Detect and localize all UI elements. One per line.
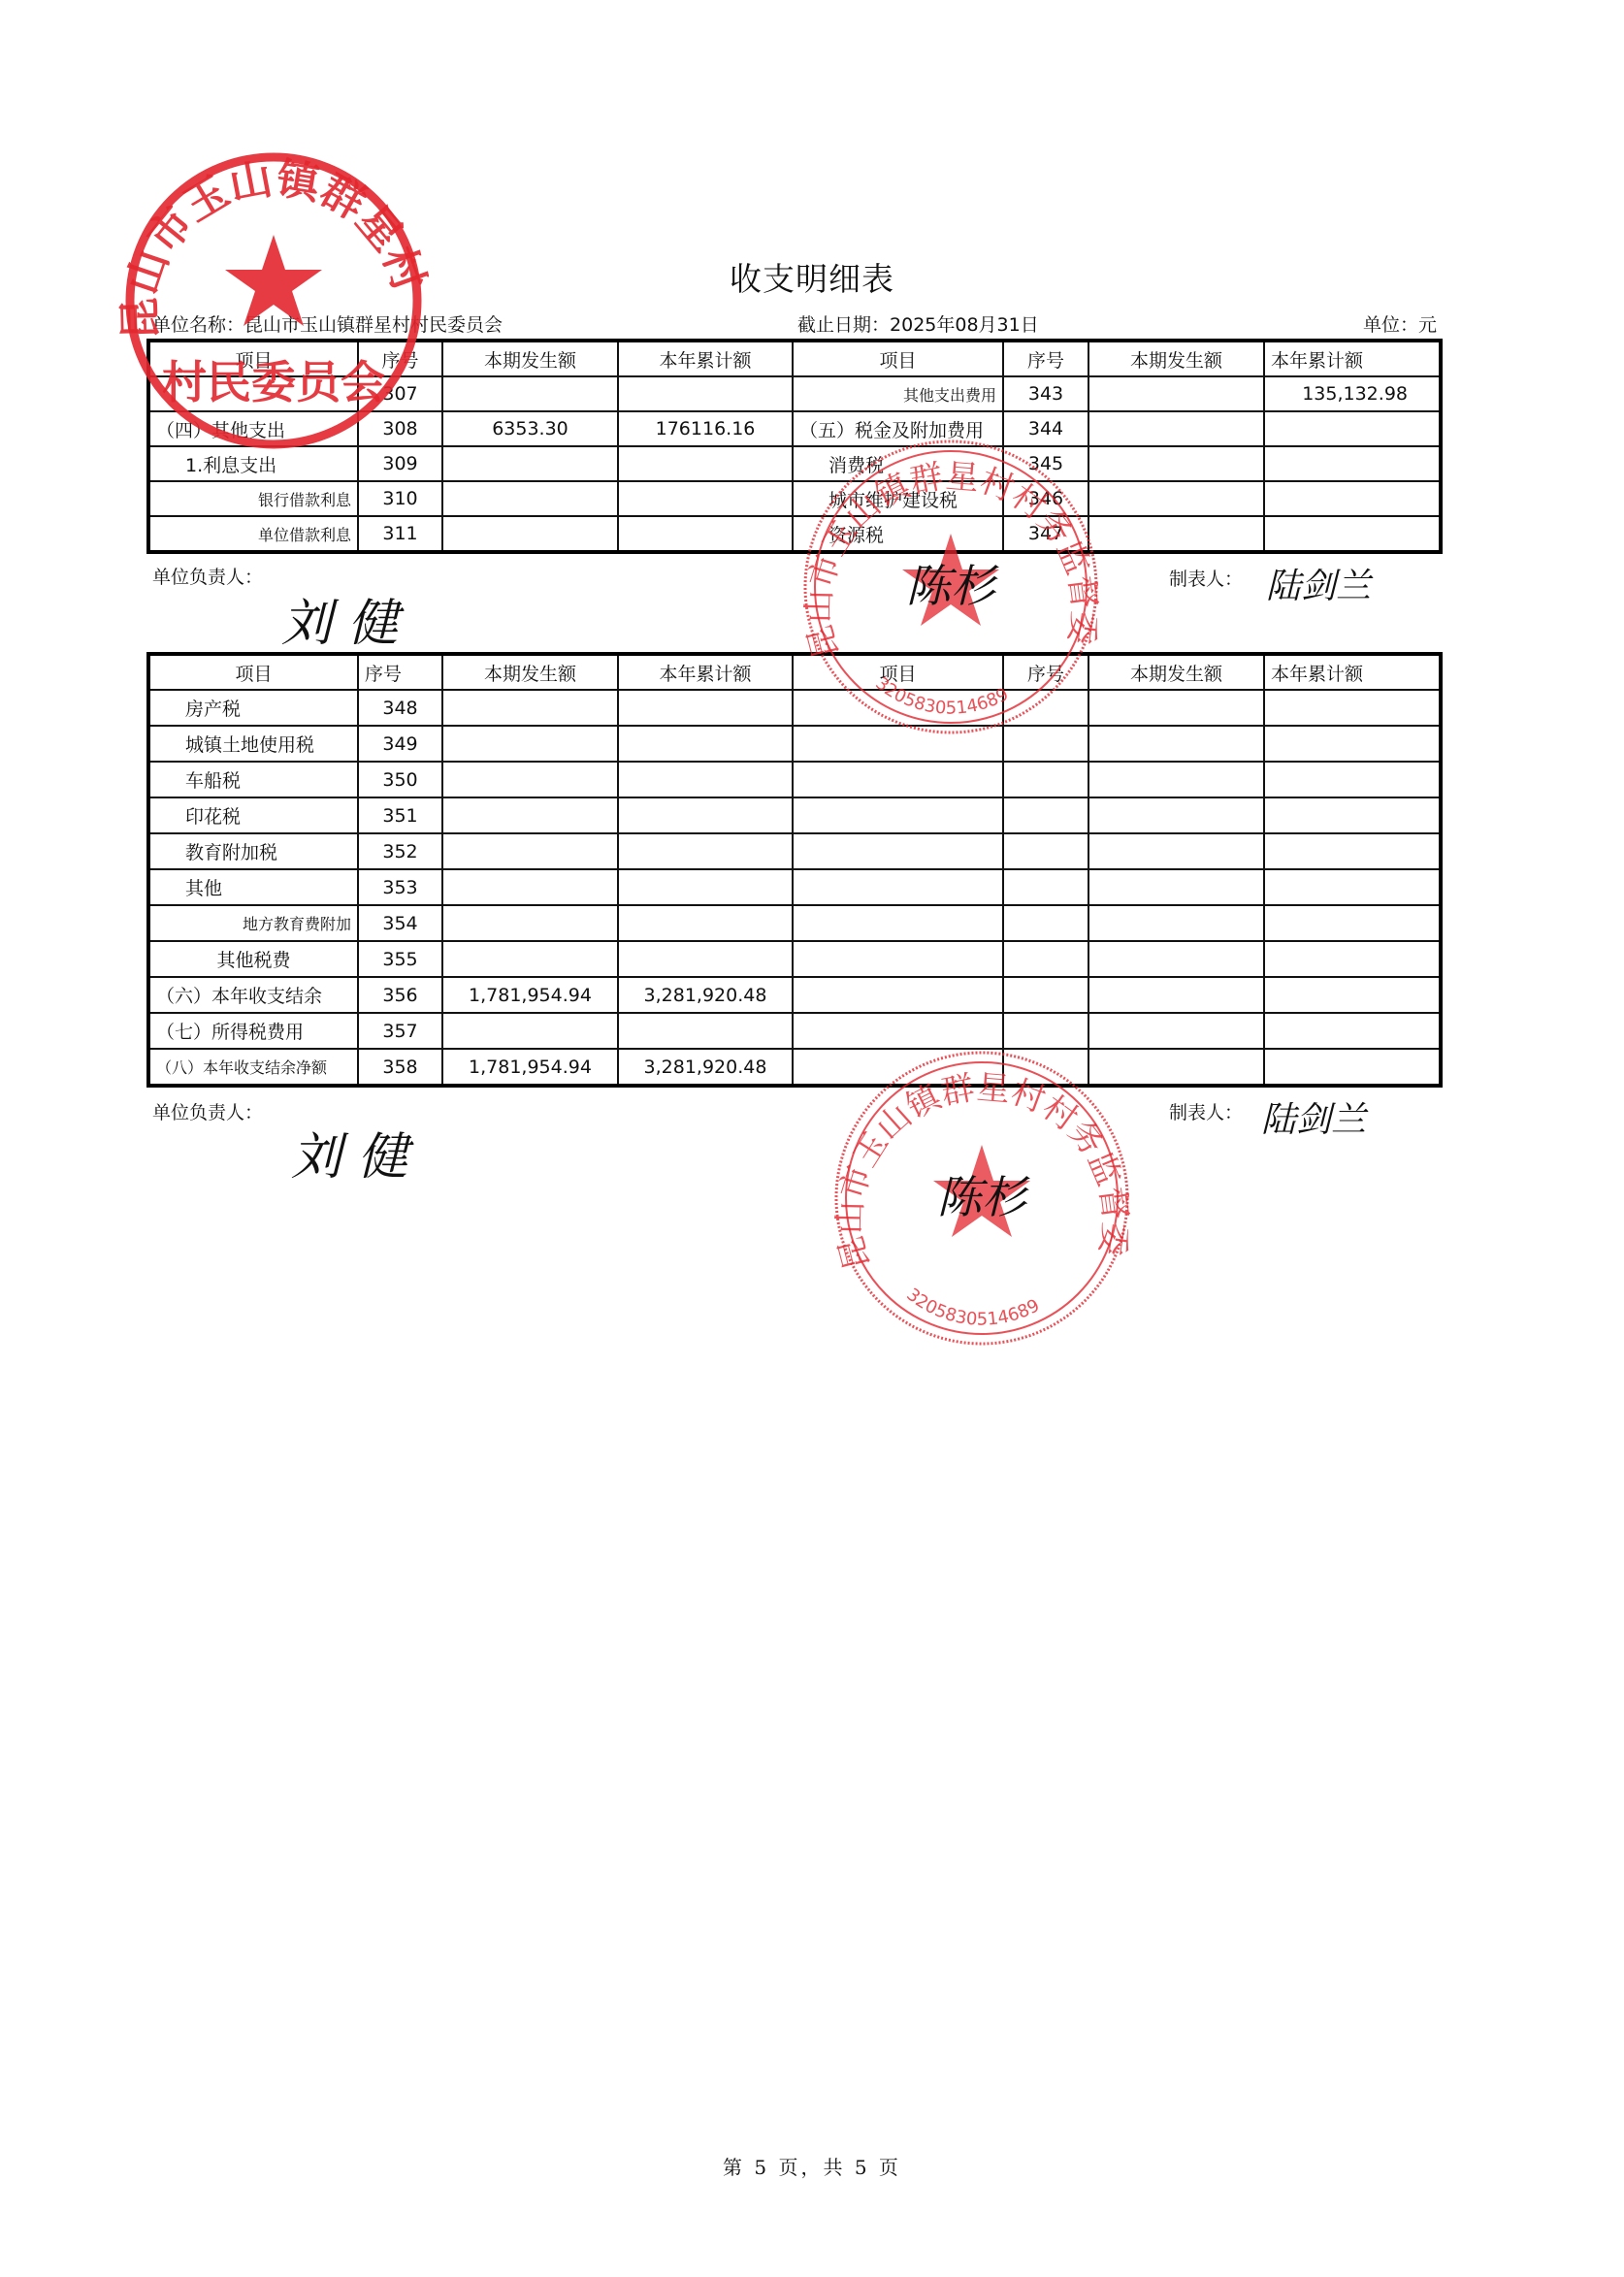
seq-cell: 311 — [358, 516, 442, 552]
ytd-amount-cell: 176116.16 — [618, 411, 793, 446]
item-cell: （七）所得税费用 — [148, 1013, 358, 1049]
current-amount-cell: 6353.30 — [442, 411, 618, 446]
seq-cell: 307 — [358, 376, 442, 411]
current-amount-cell — [1088, 446, 1264, 481]
current-amount-cell — [442, 446, 618, 481]
empty-cell — [1003, 869, 1088, 905]
empty-cell — [1264, 690, 1441, 726]
seq-cell: 310 — [358, 481, 442, 516]
seq-cell: 344 — [1003, 411, 1088, 446]
ytd-amount-cell — [618, 446, 793, 481]
seq-cell: 358 — [358, 1049, 442, 1086]
ytd-amount-cell — [618, 941, 793, 977]
seq-cell: 308 — [358, 411, 442, 446]
table-row: 印花税351 — [148, 797, 1441, 833]
table-header-row: 项目 序号 本期发生额 本年累计额 项目 序号 本期发生额 本年累计额 — [148, 654, 1441, 690]
seq-cell: 309 — [358, 446, 442, 481]
ytd-amount-cell — [618, 762, 793, 797]
item-cell: 其他税费 — [148, 941, 358, 977]
table-header-row: 项目 序号 本期发生额 本年累计额 项目 序号 本期发生额 本年累计额 — [148, 341, 1441, 376]
empty-cell — [793, 977, 1003, 1013]
preparer-signature: 陆剑兰 — [1266, 559, 1371, 608]
table-row: （八）本年收支结余净额3581,781,954.943,281,920.48 — [148, 1049, 1441, 1086]
header-seq: 序号 — [1003, 341, 1088, 376]
current-amount-cell — [442, 762, 618, 797]
empty-cell — [1003, 833, 1088, 869]
table-row: 307其他支出费用343135,132.98 — [148, 376, 1441, 411]
header-item: 项目 — [148, 654, 358, 690]
header-ytd: 本年累计额 — [618, 654, 793, 690]
unit-head-signature: 刘 健 — [281, 582, 399, 655]
current-amount-cell — [442, 941, 618, 977]
current-amount-cell — [1088, 411, 1264, 446]
item-cell: 城市维护建设税 — [793, 481, 1003, 516]
empty-cell — [793, 690, 1003, 726]
ytd-amount-cell — [618, 726, 793, 762]
table-row: 城镇土地使用税349 — [148, 726, 1441, 762]
empty-cell — [793, 1013, 1003, 1049]
header-current: 本期发生额 — [442, 654, 618, 690]
item-cell — [148, 376, 358, 411]
currency-line: 单位：元 — [1363, 310, 1437, 337]
detail-table-2: 项目 序号 本期发生额 本年累计额 项目 序号 本期发生额 本年累计额 房产税3… — [146, 652, 1443, 1088]
header-seq: 序号 — [358, 654, 442, 690]
empty-cell — [1003, 941, 1088, 977]
current-amount-cell — [442, 376, 618, 411]
header-seq: 序号 — [358, 341, 442, 376]
header-item: 项目 — [793, 654, 1003, 690]
item-cell: 1.利息支出 — [148, 446, 358, 481]
item-cell: 银行借款利息 — [148, 481, 358, 516]
ytd-amount-cell — [1264, 411, 1441, 446]
empty-cell — [793, 762, 1003, 797]
stamp-signature: 陈杉 — [937, 1171, 1030, 1223]
empty-cell — [1264, 941, 1441, 977]
preparer-signature: 陆剑兰 — [1261, 1092, 1366, 1142]
empty-cell — [1003, 1013, 1088, 1049]
item-cell: （八）本年收支结余净额 — [148, 1049, 358, 1086]
item-cell: （五）税金及附加费用 — [793, 411, 1003, 446]
ytd-amount-cell — [618, 376, 793, 411]
unit-name-line: 单位名称：昆山市玉山镇群星村村民委员会 — [152, 310, 503, 337]
empty-cell — [1088, 833, 1264, 869]
item-cell: 其他 — [148, 869, 358, 905]
empty-cell — [1088, 977, 1264, 1013]
current-amount-cell — [1088, 376, 1264, 411]
table-row: 地方教育费附加354 — [148, 905, 1441, 941]
empty-cell — [1088, 941, 1264, 977]
ytd-amount-cell — [618, 869, 793, 905]
ytd-amount-cell — [1264, 516, 1441, 552]
header-current: 本期发生额 — [442, 341, 618, 376]
empty-cell — [793, 941, 1003, 977]
stamp-code: 3205830514689 — [902, 1285, 1043, 1330]
empty-cell — [1003, 690, 1088, 726]
seq-cell: 353 — [358, 869, 442, 905]
empty-cell — [1003, 762, 1088, 797]
header-item: 项目 — [793, 341, 1003, 376]
empty-cell — [1088, 1049, 1264, 1086]
unit-name-label: 单位名称： — [152, 314, 244, 336]
currency: 元 — [1418, 314, 1437, 336]
empty-cell — [1003, 977, 1088, 1013]
item-cell: 资源税 — [793, 516, 1003, 552]
ytd-amount-cell: 135,132.98 — [1264, 376, 1441, 411]
empty-cell — [1088, 762, 1264, 797]
ytd-amount-cell — [618, 1013, 793, 1049]
header-item: 项目 — [148, 341, 358, 376]
empty-cell — [1264, 977, 1441, 1013]
header-current: 本期发生额 — [1088, 341, 1264, 376]
header-seq: 序号 — [1003, 654, 1088, 690]
item-cell: 城镇土地使用税 — [148, 726, 358, 762]
table-row: 车船税350 — [148, 762, 1441, 797]
seq-cell: 349 — [358, 726, 442, 762]
item-cell: （四）其他支出 — [148, 411, 358, 446]
empty-cell — [1264, 905, 1441, 941]
empty-cell — [1088, 726, 1264, 762]
unit-head-label: 单位负责人： — [152, 1098, 263, 1124]
seq-cell: 356 — [358, 977, 442, 1013]
empty-cell — [1088, 797, 1264, 833]
current-amount-cell — [1088, 481, 1264, 516]
ytd-amount-cell — [618, 481, 793, 516]
seq-cell: 354 — [358, 905, 442, 941]
current-amount-cell — [442, 1013, 618, 1049]
empty-cell — [1088, 1013, 1264, 1049]
page-footer: 第 5 页，共 5 页 — [0, 2152, 1624, 2180]
ytd-amount-cell — [1264, 481, 1441, 516]
seq-cell: 343 — [1003, 376, 1088, 411]
cutoff-label: 截止日期： — [797, 314, 890, 336]
item-cell: 单位借款利息 — [148, 516, 358, 552]
seq-cell: 351 — [358, 797, 442, 833]
current-amount-cell: 1,781,954.94 — [442, 1049, 618, 1086]
table-row: 单位借款利息311资源税347 — [148, 516, 1441, 552]
empty-cell — [1264, 1013, 1441, 1049]
seq-cell: 355 — [358, 941, 442, 977]
item-cell: 房产税 — [148, 690, 358, 726]
ytd-amount-cell — [618, 905, 793, 941]
current-amount-cell — [442, 905, 618, 941]
empty-cell — [1088, 869, 1264, 905]
empty-cell — [793, 1049, 1003, 1086]
current-amount-cell — [442, 726, 618, 762]
seq-cell: 347 — [1003, 516, 1088, 552]
supervision-committee-stamp-2: 昆山市玉山镇群星村村务监督委员会 3205830514689 陈杉 — [827, 1043, 1137, 1353]
empty-cell — [793, 869, 1003, 905]
ytd-amount-cell — [618, 833, 793, 869]
cutoff-date: 2025年08月31日 — [890, 314, 1039, 336]
current-amount-cell — [442, 833, 618, 869]
empty-cell — [793, 797, 1003, 833]
table-row: （四）其他支出3086353.30176116.16（五）税金及附加费用344 — [148, 411, 1441, 446]
empty-cell — [793, 833, 1003, 869]
unit-name: 昆山市玉山镇群星村村民委员会 — [244, 314, 503, 336]
ytd-amount-cell — [618, 797, 793, 833]
preparer-label: 制表人： — [1169, 1098, 1243, 1124]
table-row: （六）本年收支结余3561,781,954.943,281,920.48 — [148, 977, 1441, 1013]
seq-cell: 348 — [358, 690, 442, 726]
detail-table-1: 项目 序号 本期发生额 本年累计额 项目 序号 本期发生额 本年累计额 307其… — [146, 339, 1443, 554]
seq-cell: 346 — [1003, 481, 1088, 516]
item-cell: （六）本年收支结余 — [148, 977, 358, 1013]
empty-cell — [793, 726, 1003, 762]
empty-cell — [1264, 762, 1441, 797]
item-cell: 印花税 — [148, 797, 358, 833]
seq-cell: 350 — [358, 762, 442, 797]
current-amount-cell — [1088, 516, 1264, 552]
ytd-amount-cell: 3,281,920.48 — [618, 977, 793, 1013]
seq-cell: 357 — [358, 1013, 442, 1049]
table-row: 其他353 — [148, 869, 1441, 905]
item-cell: 车船税 — [148, 762, 358, 797]
table-row: 教育附加税352 — [148, 833, 1441, 869]
svg-text:3205830514689: 3205830514689 — [902, 1285, 1043, 1330]
ytd-amount-cell — [1264, 446, 1441, 481]
current-amount-cell — [442, 690, 618, 726]
empty-cell — [1264, 1049, 1441, 1086]
empty-cell — [1003, 797, 1088, 833]
empty-cell — [1264, 833, 1441, 869]
item-cell: 地方教育费附加 — [148, 905, 358, 941]
current-amount-cell: 1,781,954.94 — [442, 977, 618, 1013]
current-amount-cell — [442, 797, 618, 833]
empty-cell — [1003, 726, 1088, 762]
document-title: 收支明细表 — [0, 254, 1624, 300]
seq-cell: 345 — [1003, 446, 1088, 481]
ytd-amount-cell — [618, 516, 793, 552]
empty-cell — [1264, 797, 1441, 833]
stamp-signature: 陈杉 — [906, 560, 999, 612]
empty-cell — [1264, 869, 1441, 905]
empty-cell — [1003, 905, 1088, 941]
empty-cell — [1088, 690, 1264, 726]
empty-cell — [1264, 726, 1441, 762]
star-icon — [933, 1145, 1030, 1237]
table-row: 其他税费355 — [148, 941, 1441, 977]
current-amount-cell — [442, 516, 618, 552]
header-ytd: 本年累计额 — [1264, 654, 1441, 690]
item-cell: 消费税 — [793, 446, 1003, 481]
empty-cell — [793, 905, 1003, 941]
cutoff-date-line: 截止日期：2025年08月31日 — [797, 310, 1039, 337]
current-amount-cell — [442, 481, 618, 516]
table-row: 1.利息支出309消费税345 — [148, 446, 1441, 481]
empty-cell — [1088, 905, 1264, 941]
header-ytd: 本年累计额 — [1264, 341, 1441, 376]
header-current: 本期发生额 — [1088, 654, 1264, 690]
header-ytd: 本年累计额 — [618, 341, 793, 376]
item-cell: 教育附加税 — [148, 833, 358, 869]
ytd-amount-cell: 3,281,920.48 — [618, 1049, 793, 1086]
table-row: 银行借款利息310城市维护建设税346 — [148, 481, 1441, 516]
currency-label: 单位： — [1363, 314, 1418, 336]
item-cell: 其他支出费用 — [793, 376, 1003, 411]
empty-cell — [1003, 1049, 1088, 1086]
ytd-amount-cell — [618, 690, 793, 726]
preparer-label: 制表人： — [1169, 565, 1243, 591]
unit-head-label: 单位负责人： — [152, 563, 263, 589]
unit-head-signature: 刘 健 — [291, 1116, 408, 1188]
current-amount-cell — [442, 869, 618, 905]
seq-cell: 352 — [358, 833, 442, 869]
table-row: （七）所得税费用357 — [148, 1013, 1441, 1049]
table-row: 房产税348 — [148, 690, 1441, 726]
